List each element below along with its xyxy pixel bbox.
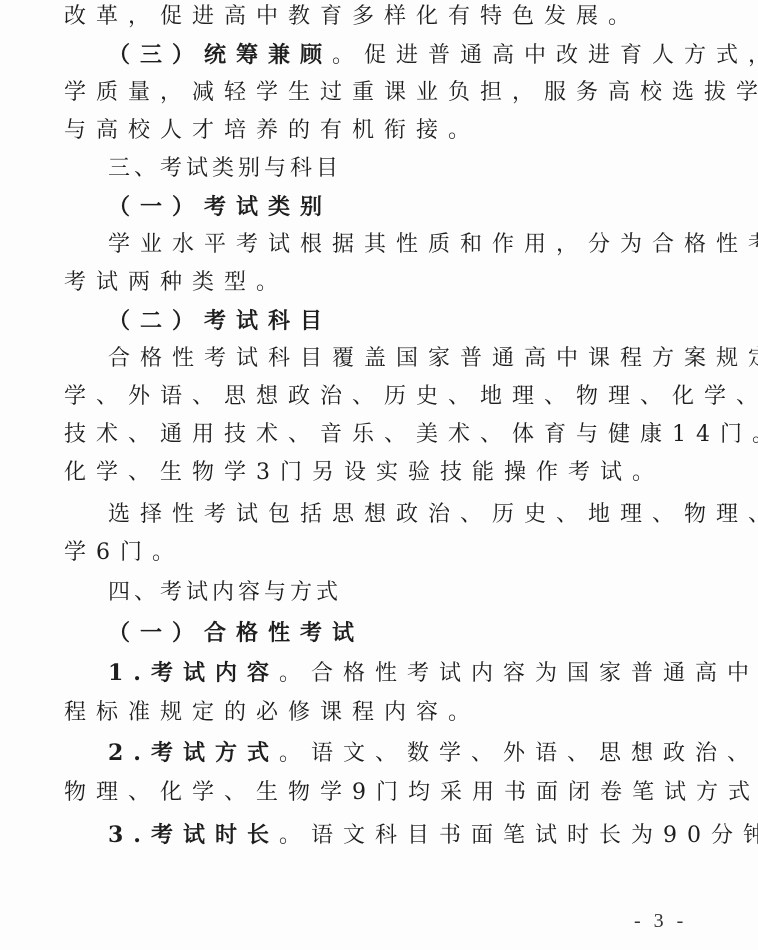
paragraph-line: 改革，促进高中教育多样化有特色发展。 <box>64 2 684 40</box>
subsection-heading: （二）考试科目 <box>108 306 684 344</box>
paragraph-line: 考试两种类型。 <box>64 268 684 306</box>
paragraph-line: 学、外语、思想政治、历史、地理、物理、化学、生物学、信息 <box>64 382 684 420</box>
item-title: 1.考试内容 <box>108 660 279 686</box>
subheading-text: （三）统筹兼顾 <box>108 42 332 68</box>
subsection-heading: （一）考试类别 <box>108 192 684 230</box>
paragraph-line: 物理、化学、生物学9门均采用书面闭卷笔试方式进行。 <box>64 778 684 816</box>
line-text: 化学、生物学3门另设实验技能操作考试。 <box>64 460 664 485</box>
line-text: 学、外语、思想政治、历史、地理、物理、化学、生物学、信息 <box>64 384 758 409</box>
item-title: 2.考试方式 <box>108 740 279 766</box>
section-heading-3-line: （三）统筹兼顾。促进普通高中改进育人方式，提高教育教 <box>108 40 684 78</box>
subheading-text: （二）考试科目 <box>108 308 332 334</box>
page-number: - 3 - <box>634 910 687 933</box>
paragraph-line: 学业水平考试根据其性质和作用，分为合格性考试和选择性 <box>108 230 684 268</box>
line-text: 考试两种类型。 <box>64 270 288 295</box>
line-text: 学业水平考试根据其性质和作用，分为合格性考试和选择性 <box>108 232 758 257</box>
line-text: 选择性考试包括思想政治、历史、地理、物理、化学、生物 <box>108 502 758 527</box>
subheading-text: （一）考试类别 <box>108 194 332 220</box>
paragraph-line: 化学、生物学3门另设实验技能操作考试。 <box>64 458 684 496</box>
subheading-text: （一）合格性考试 <box>108 620 364 646</box>
subsection-heading: （一）合格性考试 <box>108 618 684 656</box>
document-page: 改革，促进高中教育多样化有特色发展。 （三）统筹兼顾。促进普通高中改进育人方式，… <box>0 0 758 950</box>
paragraph-line: 与高校人才培养的有机衔接。 <box>64 116 684 154</box>
paragraph-line: 技术、通用技术、音乐、美术、体育与健康14门。同时，物理、 <box>64 420 684 458</box>
paragraph-line: 合格性考试科目覆盖国家普通高中课程方案规定的语文、数 <box>108 344 684 382</box>
paragraph-line: 学质量，减轻学生过重课业负担，服务高校选拔学生，推动高中 <box>64 78 684 116</box>
line-text: 。语文科目书面笔试时长为90分钟，数学、外 <box>279 823 758 848</box>
line-text: 改革，促进高中教育多样化有特色发展。 <box>64 4 640 29</box>
line-text: 学6门。 <box>64 540 184 565</box>
line-text: 技术、通用技术、音乐、美术、体育与健康14门。同时，物理、 <box>64 422 758 447</box>
line-text: 程标准规定的必修课程内容。 <box>64 700 480 725</box>
line-text: 。语文、数学、外语、思想政治、历史、地理、 <box>279 741 758 766</box>
paragraph-line: 程标准规定的必修课程内容。 <box>64 698 684 736</box>
item-title: 3.考试时长 <box>108 822 279 848</box>
heading-text: 四、考试内容与方式 <box>108 580 342 605</box>
line-text: 与高校人才培养的有机衔接。 <box>64 118 480 143</box>
line-text: 合格性考试科目覆盖国家普通高中课程方案规定的语文、数 <box>108 346 758 371</box>
numbered-item-line: 1.考试内容。合格性考试内容为国家普通高中课程方案和课 <box>108 658 684 696</box>
heading-text: 三、考试类别与科目 <box>108 156 342 181</box>
section-heading: 四、考试内容与方式 <box>108 578 684 616</box>
paragraph-line: 学6门。 <box>64 538 684 576</box>
numbered-item-line: 3.考试时长。语文科目书面笔试时长为90分钟，数学、外 <box>108 820 684 858</box>
line-text: 。合格性考试内容为国家普通高中课程方案和课 <box>279 661 758 686</box>
section-heading: 三、考试类别与科目 <box>108 154 684 192</box>
line-text: 。促进普通高中改进育人方式，提高教育教 <box>332 43 758 68</box>
numbered-item-line: 2.考试方式。语文、数学、外语、思想政治、历史、地理、 <box>108 738 684 776</box>
paragraph-line: 选择性考试包括思想政治、历史、地理、物理、化学、生物 <box>108 500 684 538</box>
line-text: 学质量，减轻学生过重课业负担，服务高校选拔学生，推动高中 <box>64 80 758 105</box>
line-text: 物理、化学、生物学9门均采用书面闭卷笔试方式进行。 <box>64 780 758 805</box>
